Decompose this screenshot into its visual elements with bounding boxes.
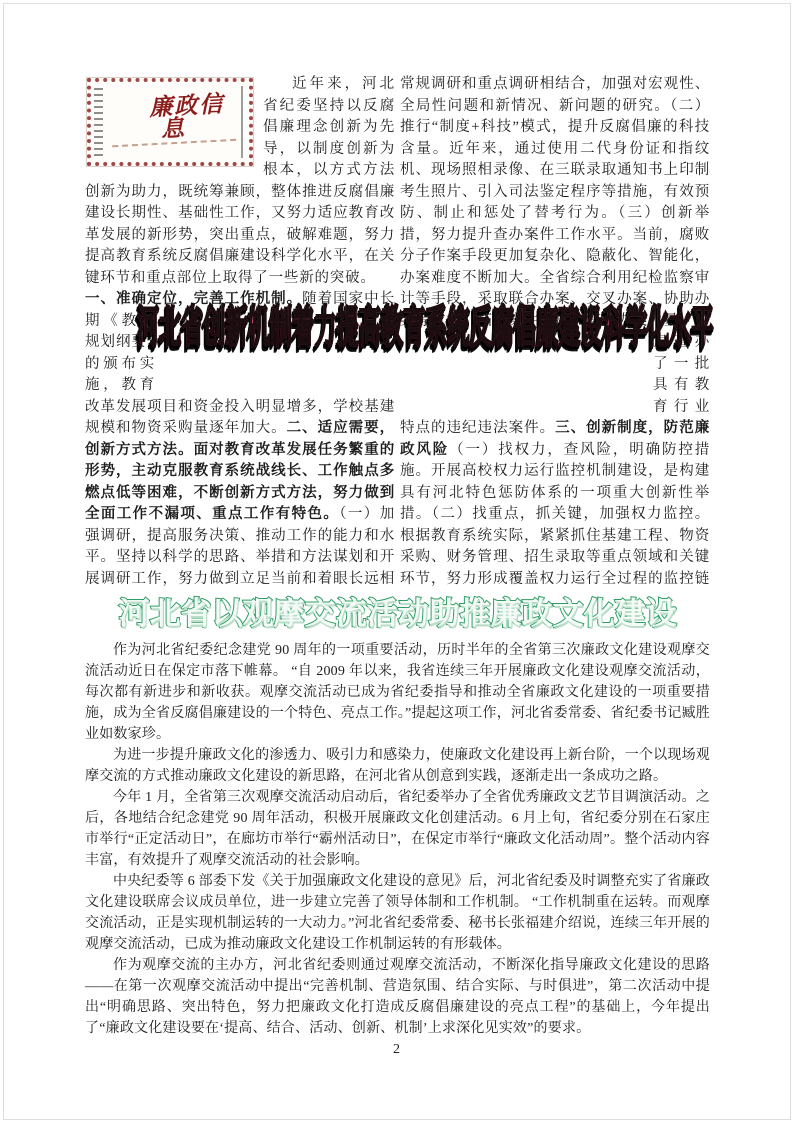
page-content: 廉政信息 近年来，河北省纪委坚持以反腐倡廉理念创新为先导，以制度创新为根本，以方… xyxy=(85,74,710,1039)
article2-paragraph-4: 中央纪委等 6 部委下发《关于加强廉政文化建设的意见》后，河北省纪委及时调整充实… xyxy=(85,871,710,955)
article2-headline: 河北省以观摩交流活动助推廉政文化建设 xyxy=(85,596,710,632)
article2-paragraph-2: 为进一步提升廉政文化的渗透力、吸引力和感染力，使廉政文化建设再上新台阶，一个以现… xyxy=(85,745,710,787)
masthead-logo-text: 廉政信息 xyxy=(110,93,236,147)
right-text-d: （一）找权力，查风险，明确防控措施。开展高校权力运行监控机制建设，是构建具有河北… xyxy=(400,442,710,591)
article2-paragraph-3: 今年 1 月，全省第三次观摩交流活动启动后，省纪委举办了全省优秀廉政文艺节目调演… xyxy=(85,787,710,871)
page-number: 2 xyxy=(0,1042,794,1058)
article2-body: 作为河北省纪委纪念建党 90 周年的一项重要活动，历时半年的全省第三次廉政文化建… xyxy=(85,640,710,1039)
stamp-divider-line xyxy=(241,86,243,158)
article1-wordart-headline: 河北省创新机制着力提高教育系统反腐倡廉建设科学化水平 xyxy=(137,303,714,350)
right-text-a: 常规调研和重点调研相结合，加强对宏观性、全局性问题和新情况、新问题的研究。（二）… xyxy=(400,76,710,329)
article1-intro-paragraph: 廉政信息 近年来，河北省纪委坚持以反腐倡廉理念创新为先导，以制度创新为根本，以方… xyxy=(85,74,395,289)
article2-paragraph-5: 作为观摩交流的主办方，河北省纪委则通过观摩交流活动，不断深化指导廉政文化建设的思… xyxy=(85,955,710,1039)
newsletter-page: 河北省创新机制着力提高教育系统反腐倡廉建设科学化水平 廉政信息 近年来，河北省纪… xyxy=(0,0,794,1123)
article2-paragraph-1: 作为河北省纪委纪念建党 90 周年的一项重要活动，历时半年的全省第三次廉政文化建… xyxy=(85,640,710,745)
masthead-stamp-box: 廉政信息 xyxy=(87,78,253,166)
spiral-binding-icon xyxy=(94,88,103,156)
